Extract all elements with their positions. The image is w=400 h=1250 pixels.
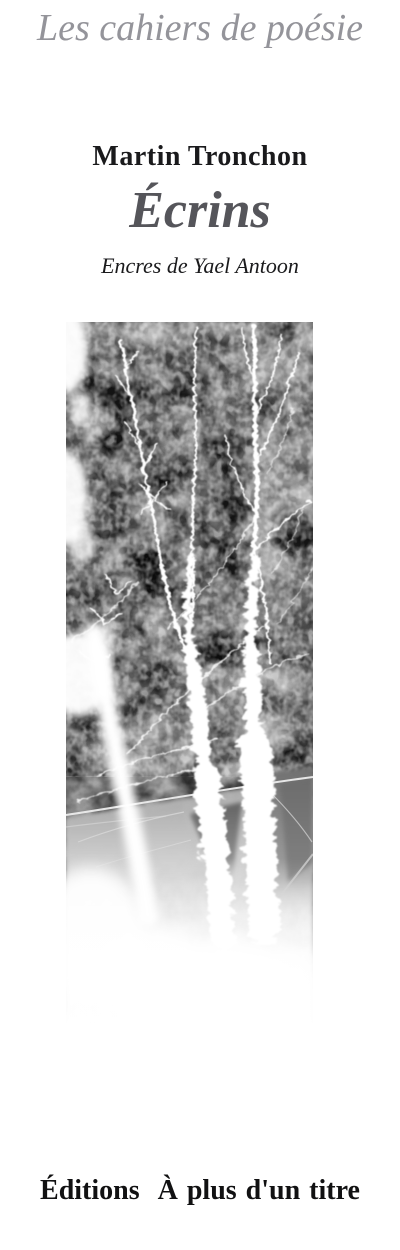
book-title: Écrins: [0, 181, 400, 241]
publisher-name: Éditions À plus d'un titre: [0, 1176, 400, 1207]
author-name: Martin Tronchon: [0, 142, 400, 173]
collection-title: Les cahiers de poésie: [0, 3, 400, 54]
book-cover: Les cahiers de poésie Martin Tronchon Éc…: [0, 0, 400, 1250]
bottom-fade: [66, 882, 313, 1025]
illustration-credit: Encres de Yael Antoon: [0, 253, 400, 279]
cover-artwork: [66, 322, 313, 1025]
tree-photo-svg: [66, 322, 313, 1025]
